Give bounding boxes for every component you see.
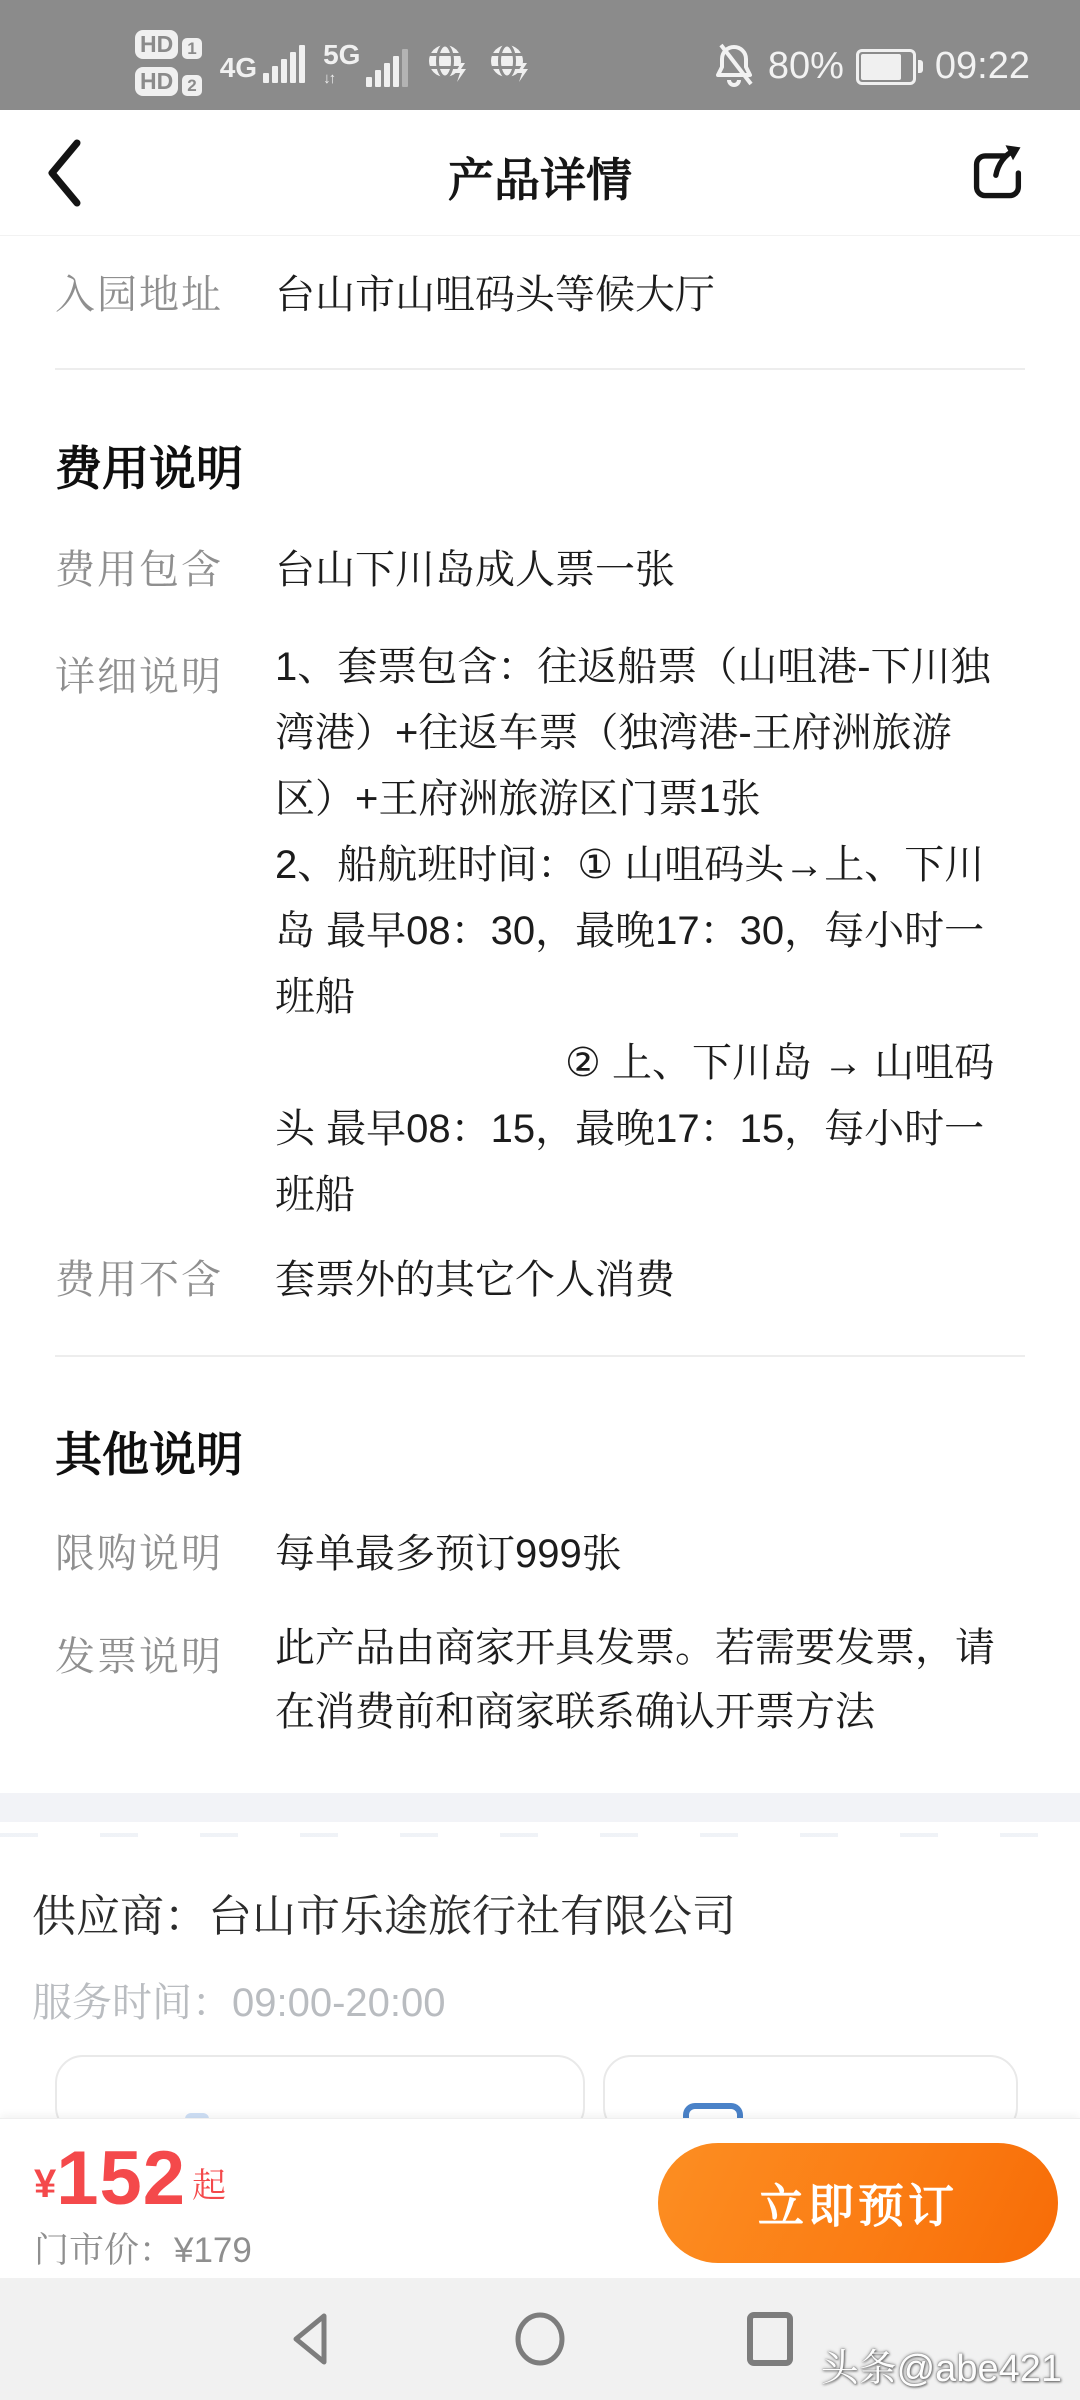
globe-network-icon — [426, 39, 470, 88]
hd2-label: HD — [135, 67, 178, 96]
purchase-limit-label: 限购说明 — [55, 1522, 223, 1579]
supplier-name: 供应商：台山市乐途旅行社有限公司 — [32, 1880, 736, 1944]
network-4g-label: 4G — [220, 53, 257, 83]
hd1-label: HD — [135, 30, 178, 59]
clock-time: 09:22 — [935, 45, 1030, 88]
fee-includes-value: 台山下川岛成人票一张 — [275, 538, 1030, 595]
detail-line: 班船 — [275, 964, 1040, 1030]
system-nav-bar: 头条@abe421 — [0, 2278, 1080, 2400]
bottom-bar: ¥ 152 起 门市价：¥179 立即预订 — [0, 2118, 1080, 2279]
sim1-signal: 4G — [220, 43, 305, 83]
section-separator — [0, 1793, 1080, 1822]
entry-address-label: 入园地址 — [55, 263, 223, 320]
hd2-sub: 2 — [182, 75, 201, 96]
detail-desc-value: 1、套票包含：往返船票（山咀港-下川独 湾港）+往返车票（独湾港-王府洲旅游 区… — [275, 634, 1040, 1228]
price-suffix: 起 — [192, 2158, 226, 2215]
book-now-button[interactable]: 立即预订 — [658, 2143, 1058, 2263]
signal-bars-icon — [366, 47, 408, 87]
divider — [55, 368, 1025, 370]
market-price: 门市价：¥179 — [34, 2223, 252, 2273]
signal-bars-icon — [263, 43, 305, 83]
purchase-limit-value: 每单最多预订999张 — [275, 1522, 1030, 1579]
battery-icon — [856, 49, 923, 85]
price-line: ¥ 152 起 — [34, 2143, 226, 2215]
nav-back-button[interactable] — [288, 2311, 336, 2372]
fee-includes-label: 费用包含 — [55, 538, 223, 595]
entry-address-value: 台山市山咀码头等候大厅 — [275, 263, 1030, 320]
watermark: 头条@abe421 — [821, 2337, 1062, 2392]
detail-line: ② 上、下川岛 → 山咀码 — [275, 1030, 1040, 1096]
detail-line: 班船 — [275, 1162, 1040, 1228]
detail-line: 1、套票包含：往返船票（山咀港-下川独 — [275, 634, 1040, 700]
header: 产品详情 — [0, 110, 1080, 236]
fee-excludes-value: 套票外的其它个人消费 — [275, 1248, 1030, 1305]
detail-desc-label: 详细说明 — [55, 645, 223, 702]
price-value: 152 — [56, 2143, 186, 2215]
invoice-line: 在消费前和商家联系确认开票方法 — [275, 1680, 1040, 1744]
dashed-divider — [0, 1833, 1080, 1837]
book-now-label: 立即预订 — [758, 2170, 958, 2236]
section-title-other: 其他说明 — [55, 1418, 243, 1485]
detail-line: 区）+王府洲旅游区门票1张 — [275, 766, 1040, 832]
detail-line: 岛 最早08：30，最晚17：30，每小时一 — [275, 898, 1040, 964]
fee-excludes-label: 费用不含 — [55, 1248, 223, 1305]
notifications-off-icon — [712, 40, 756, 93]
detail-line: 湾港）+往返车票（独湾港-王府洲旅游 — [275, 700, 1040, 766]
status-bar-right: 80% 09:22 — [712, 40, 1030, 93]
hd1-icon: HD 1 — [135, 30, 202, 59]
status-bar-left: HD 1 HD 2 4G 5G ↓↑ — [135, 30, 532, 96]
service-time: 服务时间：09:00-20:00 — [32, 1971, 446, 2028]
detail-line: 头 最早08：15，最晚17：15，每小时一 — [275, 1096, 1040, 1162]
invoice-label: 发票说明 — [55, 1625, 223, 1682]
nav-recents-button[interactable] — [745, 2311, 795, 2372]
share-button[interactable] — [968, 140, 1028, 204]
hd-indicators: HD 1 HD 2 — [135, 30, 202, 96]
nav-home-button[interactable] — [512, 2311, 568, 2372]
battery-percent: 80% — [768, 45, 844, 88]
hd2-icon: HD 2 — [135, 67, 202, 96]
page-title: 产品详情 — [0, 144, 1080, 210]
currency-symbol: ¥ — [34, 2162, 56, 2215]
section-title-fees: 费用说明 — [55, 432, 243, 499]
invoice-line: 此产品由商家开具发票。若需要发票，请 — [275, 1616, 1040, 1680]
globe-network-icon — [488, 39, 532, 88]
detail-line: 2、船航班时间：① 山咀码头→上、下川 — [275, 832, 1040, 898]
data-activity-arrows-icon: ↓↑ — [323, 70, 334, 87]
network-5g-label: 5G — [323, 40, 360, 70]
sim2-signal: 5G ↓↑ — [323, 40, 408, 87]
hd1-sub: 1 — [182, 38, 201, 59]
invoice-value: 此产品由商家开具发票。若需要发票，请 在消费前和商家联系确认开票方法 — [275, 1616, 1040, 1744]
status-bar: HD 1 HD 2 4G 5G ↓↑ — [0, 0, 1080, 110]
product-detail-screen: HD 1 HD 2 4G 5G ↓↑ — [0, 0, 1080, 2400]
divider — [55, 1355, 1025, 1357]
share-icon — [970, 142, 1026, 202]
